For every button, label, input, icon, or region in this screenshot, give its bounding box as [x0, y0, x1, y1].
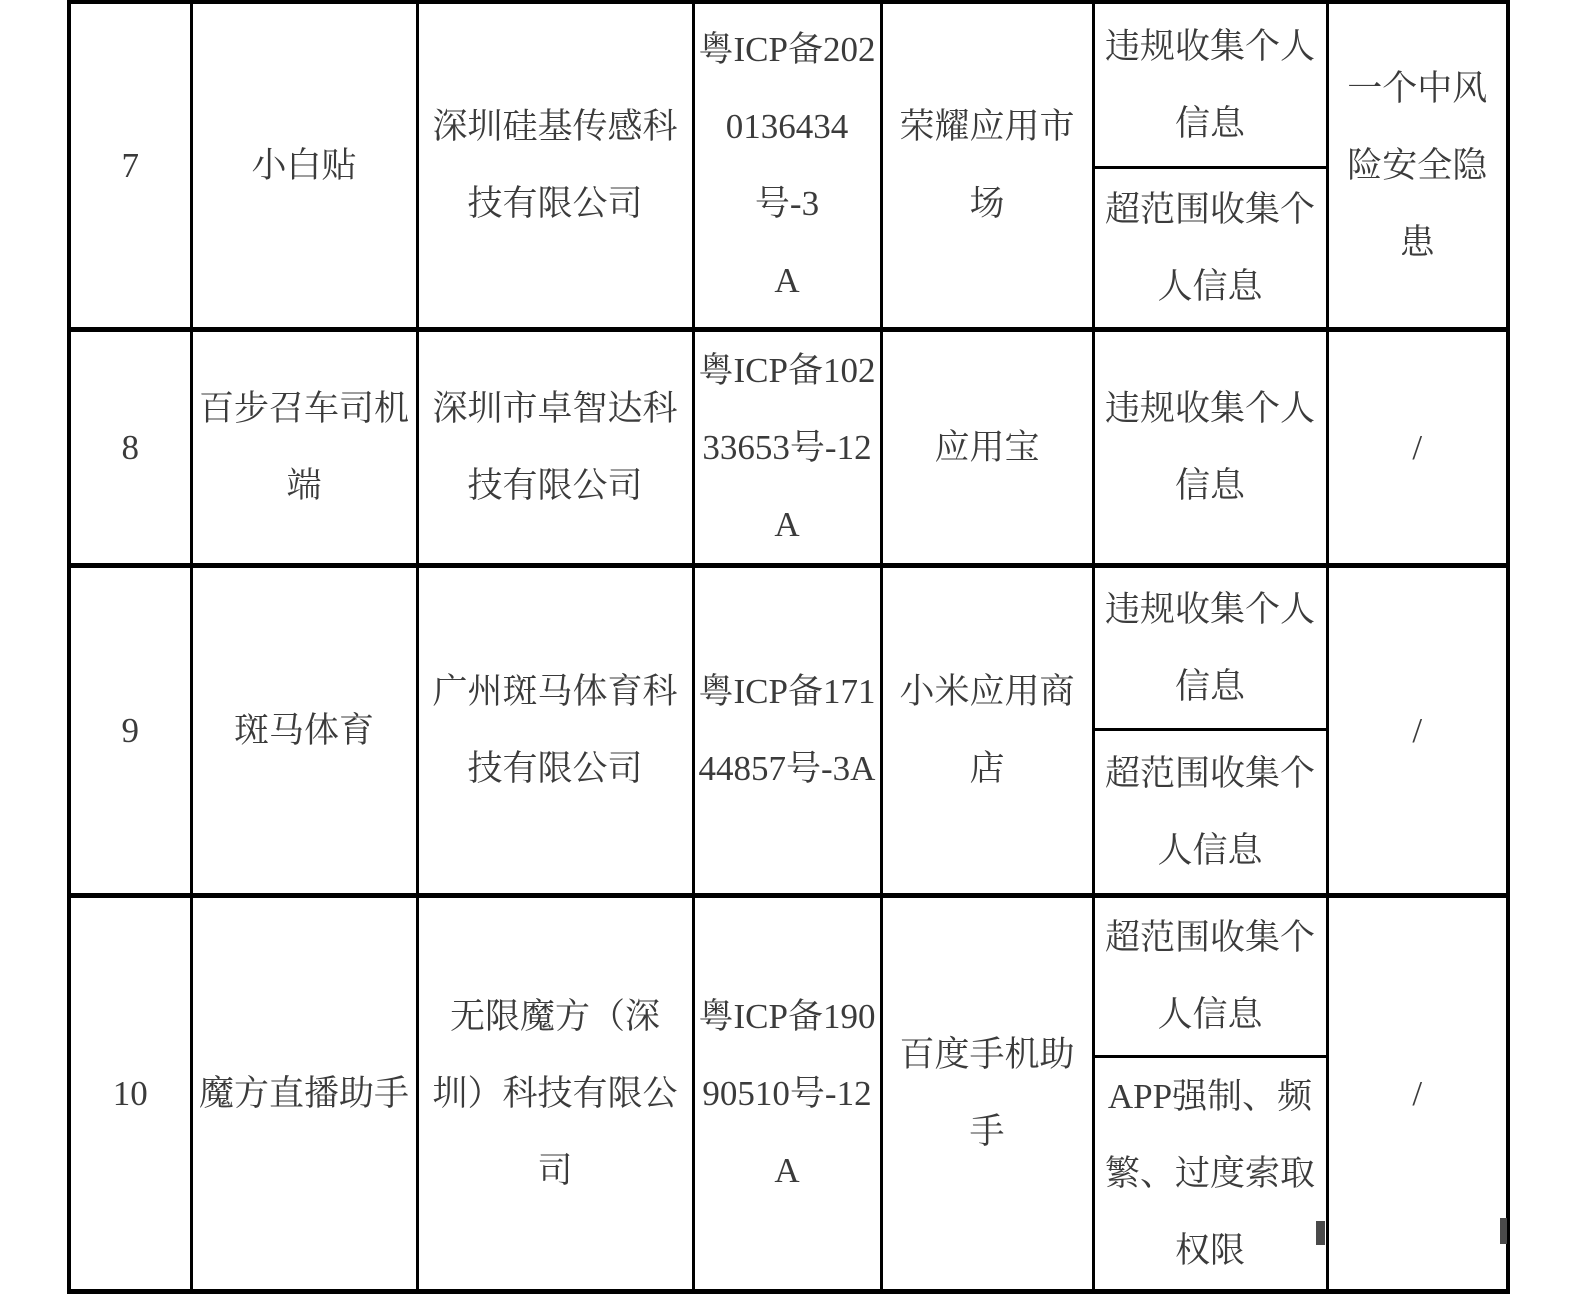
cell-company: 无限魔方（深 圳）科技有限公 司 — [417, 895, 693, 1291]
cell-violation-1: 超范围收集个 人信息 — [1093, 895, 1327, 1056]
violation-apps-table: 7 小白贴 深圳硅基传感科 技有限公司 粤ICP备202 0136434号-3 … — [67, 0, 1510, 1294]
document-page: 7 小白贴 深圳硅基传感科 技有限公司 粤ICP备202 0136434号-3 … — [0, 0, 1576, 1308]
cell-risk: / — [1327, 329, 1508, 565]
cell-violation-2: 超范围收集个 人信息 — [1093, 729, 1327, 895]
cell-violation-1: 违规收集个人 信息 — [1093, 2, 1327, 167]
cell-app-store: 小米应用商店 — [881, 565, 1093, 895]
cell-violation-2: APP强制、频 繁、过度索取 权限 — [1093, 1056, 1327, 1291]
cell-company: 深圳市卓智达科 技有限公司 — [417, 329, 693, 565]
cell-violation-1: 违规收集个人 信息 — [1093, 329, 1327, 565]
cell-app-store: 百度手机助手 — [881, 895, 1093, 1291]
cell-app-name: 百步召车司机 端 — [191, 329, 417, 565]
cell-risk: 一个中风 险安全隐 患 — [1327, 2, 1508, 329]
cell-app-store: 应用宝 — [881, 329, 1093, 565]
scan-artifact — [1316, 1221, 1325, 1245]
cell-app-name: 小白贴 — [191, 2, 417, 329]
cell-app-name: 斑马体育 — [191, 565, 417, 895]
cell-company: 深圳硅基传感科 技有限公司 — [417, 2, 693, 329]
cell-icp-number: 粤ICP备202 0136434号-3 A — [693, 2, 881, 329]
cell-icp-number: 粤ICP备102 33653号-12 A — [693, 329, 881, 565]
cell-violation-1: 违规收集个人 信息 — [1093, 565, 1327, 729]
cell-row-number: 9 — [69, 565, 191, 895]
cell-icp-number: 粤ICP备171 44857号-3A — [693, 565, 881, 895]
cell-company: 广州斑马体育科 技有限公司 — [417, 565, 693, 895]
cell-app-name: 魔方直播助手 — [191, 895, 417, 1291]
cell-risk: / — [1327, 565, 1508, 895]
cell-row-number: 8 — [69, 329, 191, 565]
table-row: 9 斑马体育 广州斑马体育科 技有限公司 粤ICP备171 44857号-3A … — [69, 565, 1508, 729]
cell-app-store: 荣耀应用市场 — [881, 2, 1093, 329]
table-row: 8 百步召车司机 端 深圳市卓智达科 技有限公司 粤ICP备102 33653号… — [69, 329, 1508, 565]
table-row: 7 小白贴 深圳硅基传感科 技有限公司 粤ICP备202 0136434号-3 … — [69, 2, 1508, 167]
cell-row-number: 7 — [69, 2, 191, 329]
table-row: 10 魔方直播助手 无限魔方（深 圳）科技有限公 司 粤ICP备190 9051… — [69, 895, 1508, 1056]
cell-icp-number: 粤ICP备190 90510号-12 A — [693, 895, 881, 1291]
cell-row-number: 10 — [69, 895, 191, 1291]
scan-artifact — [1500, 1218, 1507, 1244]
cell-risk: / — [1327, 895, 1508, 1291]
cell-violation-2: 超范围收集个 人信息 — [1093, 167, 1327, 329]
